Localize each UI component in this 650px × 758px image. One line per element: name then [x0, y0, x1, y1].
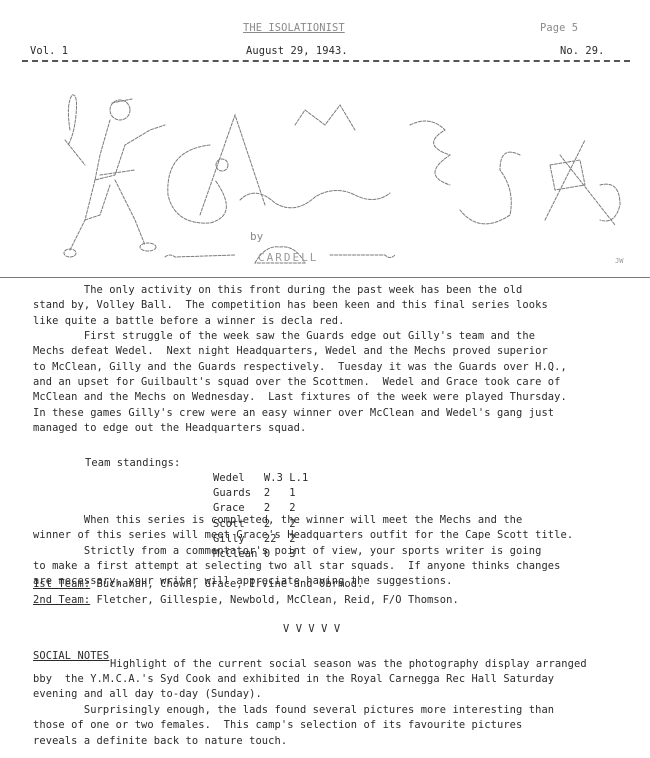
social-line: reveals a definite back to nature touch. — [33, 735, 287, 747]
social-line: evening and all day to-day (Sunday). — [33, 688, 262, 700]
section-divider-marks: V V V V V — [283, 623, 340, 635]
dart-board-icon — [545, 140, 620, 225]
artist-initials: JW — [615, 257, 624, 265]
team-name: Guards — [213, 487, 264, 499]
baseball-batter-icon — [64, 95, 165, 257]
games-header-illustration: by CARDELL JW — [40, 85, 640, 275]
wins: W.3 — [264, 472, 289, 484]
team-name: Wedel — [213, 472, 264, 484]
second-team-label: 2nd Team: — [33, 594, 90, 606]
byline-prefix: by — [250, 230, 264, 243]
article-line: stand by, Volley Ball. The competition h… — [33, 299, 548, 311]
article-line: to McClean, Gilly and the Guards respect… — [33, 361, 567, 373]
article-line: McClean and the Mechs on Wednesday. Last… — [33, 391, 567, 403]
first-team-row: 1st Team: Buchanan, Chown, Grace, Irvine… — [33, 578, 364, 590]
byline-name: CARDELL — [258, 251, 318, 264]
second-team-members: Fletcher, Gillespie, Newbold, McClean, R… — [90, 594, 459, 606]
team-name: Grace — [213, 502, 264, 514]
article-line: Strictly from a commentator's point of v… — [33, 545, 541, 557]
wins: 2 — [264, 502, 289, 514]
page-number: Page 5 — [540, 22, 578, 34]
article-line: like quite a battle before a winner is d… — [33, 315, 344, 327]
newsletter-title: THE ISOLATIONIST — [243, 22, 345, 34]
second-team-row: 2nd Team: Fletcher, Gillespie, Newbold, … — [33, 594, 459, 606]
section-divider — [0, 277, 650, 278]
standings-row: Wedel W.3 L.1 — [213, 472, 308, 484]
article-line: and an upset for Guilbault's squad over … — [33, 376, 561, 388]
first-team-members: Buchanan, Chown, Grace, Irvine and Obrmo… — [90, 578, 363, 590]
losses: 1 — [289, 487, 295, 499]
article-line: First struggle of the week saw the Guard… — [33, 330, 535, 342]
standings-row: Guards 2 1 — [213, 487, 296, 499]
issue-number: No. 29. — [560, 45, 605, 57]
masthead-divider — [22, 60, 630, 62]
losses: 2 — [289, 502, 295, 514]
first-team-label: 1st Team: — [33, 578, 90, 590]
article-line: When this series is completed, the winne… — [33, 514, 522, 526]
article-line: managed to edge out the Headquarters squ… — [33, 422, 306, 434]
social-line: those of one or two females. This camp's… — [33, 719, 522, 731]
social-line: bby the Y.M.C.A.'s Syd Cook and exhibite… — [33, 673, 554, 685]
article-line: winner of this series will meet Grace's … — [33, 529, 573, 541]
standings-row: Grace 2 2 — [213, 502, 296, 514]
article-line: to make a first attempt at selecting two… — [33, 560, 561, 572]
losses: L.1 — [289, 472, 308, 484]
article-line: Mechs defeat Wedel. Next night Headquart… — [33, 345, 548, 357]
social-line: Surprisingly enough, the lads found seve… — [33, 704, 554, 716]
article-line: The only activity on this front during t… — [33, 284, 522, 296]
social-line: Highlight of the current social season w… — [110, 658, 587, 670]
wins: 2 — [264, 487, 289, 499]
article-line: In these games Gilly's crew were an easy… — [33, 407, 554, 419]
volume-label: Vol. 1 — [30, 45, 68, 57]
issue-date: August 29, 1943. — [246, 45, 348, 57]
standings-label: Team standings: — [85, 457, 180, 469]
social-notes-heading: SOCIAL NOTES — [33, 650, 109, 662]
